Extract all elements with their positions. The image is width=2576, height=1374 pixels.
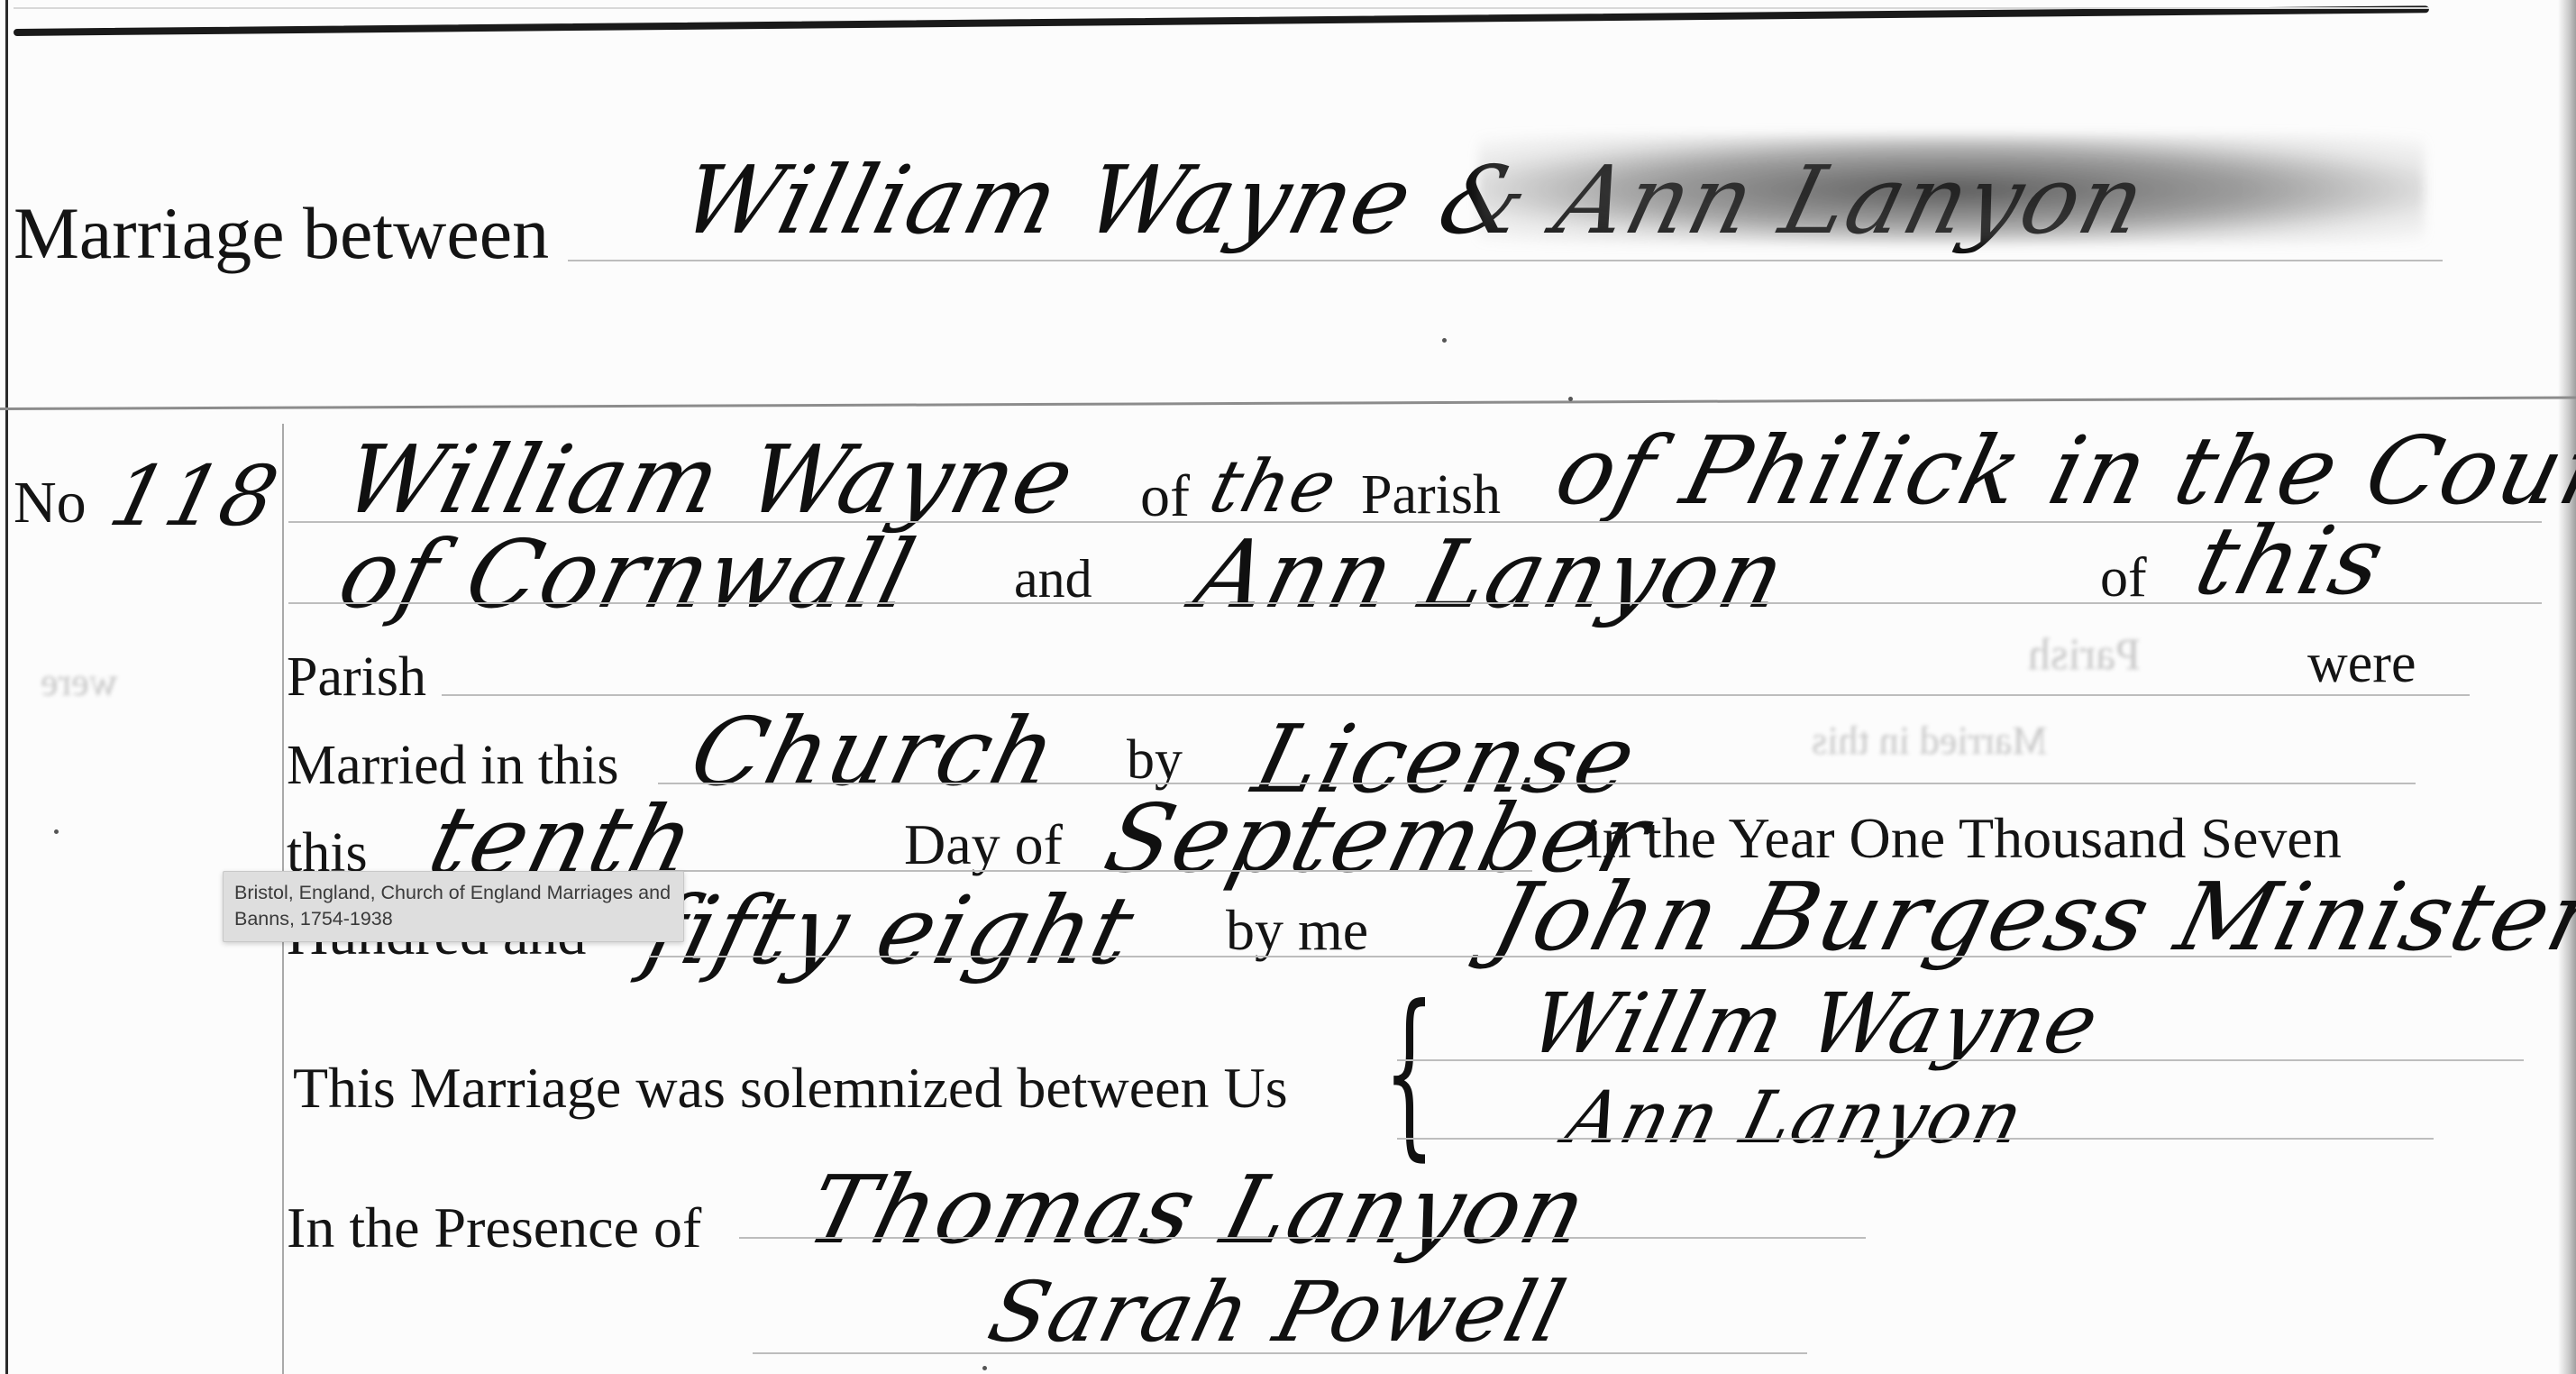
line5-rule xyxy=(631,870,1532,872)
ink-smudge xyxy=(1478,135,2425,243)
groom-signature: Willm Wayne xyxy=(1522,983,2108,1066)
top-border-rule xyxy=(14,5,2429,36)
bride-signature-rule xyxy=(1397,1138,2434,1140)
of-the-handwritten: the xyxy=(1203,451,1345,523)
marriage-register-page: Marriage between William Wayne & Ann Lan… xyxy=(0,0,2576,1374)
and-label: and xyxy=(1014,552,1092,606)
left-page-edge xyxy=(5,0,8,1374)
day-of-label: Day of xyxy=(904,816,1063,874)
entry-number-label: No xyxy=(14,473,87,533)
groom-signature-rule xyxy=(1397,1059,2524,1061)
of-this-handwritten: this xyxy=(2188,514,2394,608)
place-handwritten: Church xyxy=(682,705,1066,799)
line2-rule xyxy=(288,602,2542,604)
ink-speck xyxy=(1568,397,1573,401)
witness-1-rule xyxy=(739,1237,1866,1239)
top-faint-rule xyxy=(14,7,2429,9)
bride-name: Ann Lanyon xyxy=(1187,527,1795,621)
bleed-through-parish: Parish xyxy=(2028,631,2141,676)
line6-rule xyxy=(649,956,2452,957)
bleed-through-married: Married in this xyxy=(1812,721,2048,761)
witness-2: Sarah Powell xyxy=(982,1271,1575,1354)
of-label-2: of xyxy=(2100,550,2147,606)
minister-handwritten: John Burgess Minister xyxy=(1484,870,2576,964)
parish-handwritten: of Philick in the County xyxy=(1548,424,2576,518)
header-name-line xyxy=(568,260,2443,261)
entry-number-value: 118 xyxy=(103,455,288,538)
county-handwritten: of Cornwall xyxy=(331,527,925,621)
witness-2-rule xyxy=(753,1352,1807,1354)
of-the-label: of xyxy=(1140,467,1190,527)
marriage-between-label: Marriage between xyxy=(14,197,549,270)
solemnized-label: This Marriage was solemnized between Us xyxy=(293,1059,1288,1117)
line3-rule xyxy=(442,694,2470,696)
parish-label-1: Parish xyxy=(1361,467,1501,523)
by-me-label: by me xyxy=(1226,902,1368,959)
source-tooltip: Bristol, England, Church of England Marr… xyxy=(223,871,684,942)
brace-icon: { xyxy=(1384,983,1435,1163)
were-label: were xyxy=(2307,636,2416,692)
year-label: in the Year One Thousand Seven xyxy=(1586,810,2342,867)
right-page-edge xyxy=(2558,0,2576,1374)
bride-signature: Ann Lanyon xyxy=(1559,1082,2031,1154)
by-label: by xyxy=(1127,732,1183,788)
header-bottom-rule xyxy=(0,397,2576,410)
groom-name: William Wayne xyxy=(335,433,1084,527)
witness-1: Thomas Lanyon xyxy=(799,1163,1596,1257)
parish-label-2: Parish xyxy=(287,649,426,705)
bleed-through-were: were xyxy=(41,663,118,702)
ink-speck xyxy=(982,1366,987,1370)
ink-speck xyxy=(54,829,59,834)
presence-label: In the Presence of xyxy=(287,1199,701,1257)
year-handwritten: fifty eight xyxy=(637,884,1144,977)
ink-speck xyxy=(1442,338,1447,343)
